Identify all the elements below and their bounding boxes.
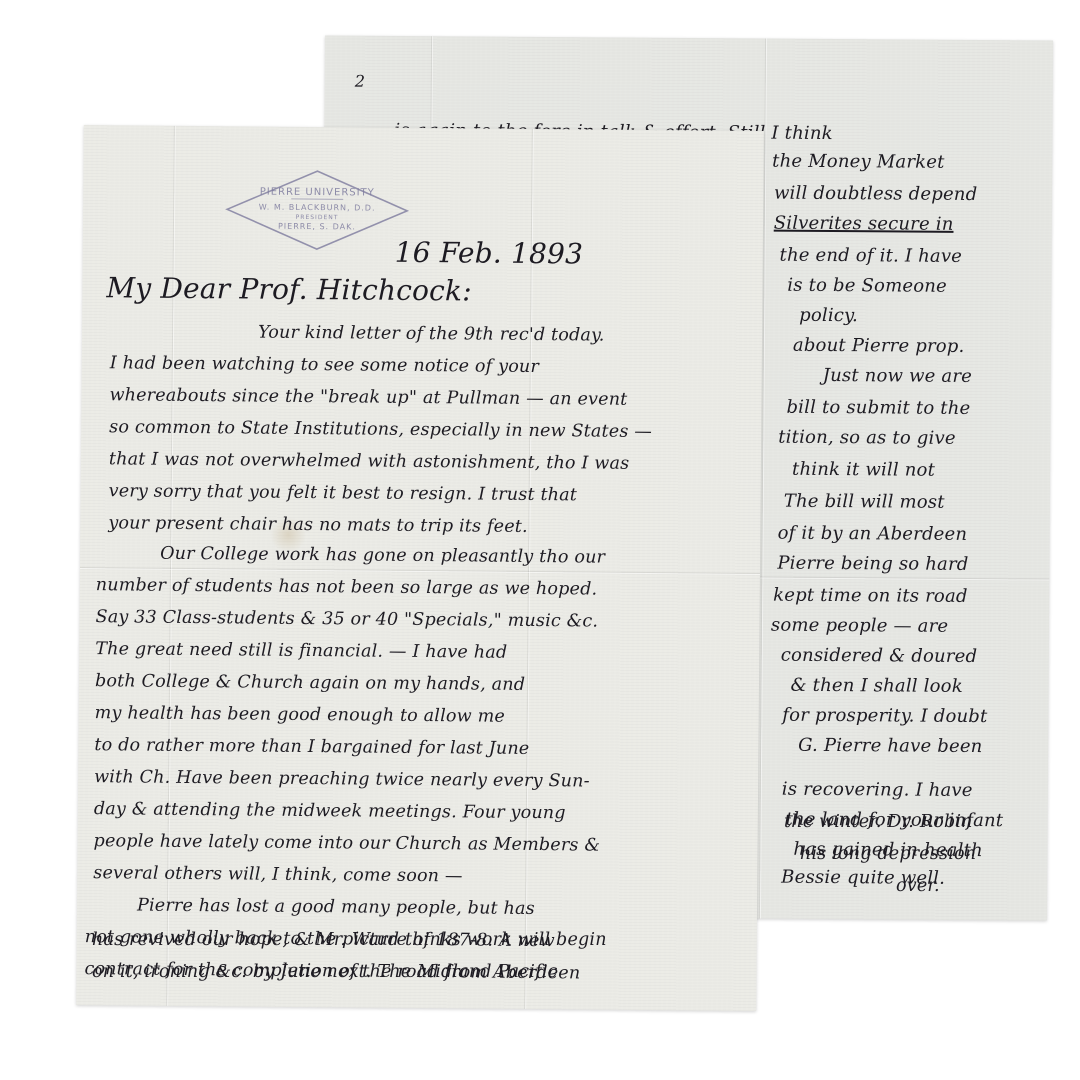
letter-date: 16 Feb. 1893 <box>395 236 584 271</box>
stamp-line-1: PIERRE UNIVERSITY <box>221 186 413 199</box>
handwritten-line: has revived our hope, & Mr. Ward thinks … <box>92 930 607 950</box>
handwritten-line: is recovering. I have <box>782 779 973 801</box>
handwritten-line: will doubtless depend <box>774 183 978 205</box>
handwritten-line: that I was not overwhelmed with astonish… <box>109 449 630 474</box>
handwritten-line: over. <box>896 876 940 896</box>
handwritten-line: Pierre being so hard <box>777 553 968 575</box>
handwritten-line: for prosperity. I doubt <box>782 705 987 727</box>
handwritten-line: some people — are <box>771 615 948 637</box>
handwritten-line: kept time on its road <box>773 585 968 607</box>
handwritten-line: Pierre has lost a good many people, but … <box>137 896 535 919</box>
handwritten-line: your present chair has no mats to trip i… <box>108 513 528 537</box>
university-stamp: PIERRE UNIVERSITY W. M. BLACKBURN, D.D. … <box>221 166 414 254</box>
handwritten-line: tition, so as to give <box>778 427 956 449</box>
stamp-line-4: PIERRE, S. DAK. <box>221 221 413 232</box>
handwritten-line: I had been watching to see some notice o… <box>110 353 539 377</box>
handwritten-line: policy. <box>799 305 858 326</box>
handwritten-line: my health has been good enough to allow … <box>95 703 505 727</box>
handwritten-line: & then I shall look <box>790 675 962 697</box>
handwritten-line: very sorry that you felt it best to resi… <box>109 481 578 505</box>
handwritten-line: so common to State Institutions, especia… <box>109 417 652 442</box>
handwritten-line: is to be Someone <box>787 275 947 297</box>
handwritten-line: several others will, I think, come soon … <box>93 863 463 886</box>
handwritten-line: considered & doured <box>781 645 978 667</box>
handwritten-line: Just now we are <box>823 365 972 387</box>
handwritten-line: The great need still is financial. — I h… <box>95 639 507 663</box>
handwritten-line: his long depression <box>800 844 976 864</box>
handwritten-line: to do rather more than I bargained for l… <box>94 735 529 759</box>
letter-page-1: PIERRE UNIVERSITY W. M. BLACKBURN, D.D. … <box>76 125 764 1011</box>
handwritten-line: number of students has not been so large… <box>96 575 598 599</box>
stamp-line-2: W. M. BLACKBURN, D.D. <box>221 202 413 213</box>
handwritten-line: Say 33 Class-students & 35 or 40 "Specia… <box>95 607 598 631</box>
handwritten-line: The bill will most <box>784 491 945 513</box>
handwritten-line: people have lately come into our Church … <box>94 831 601 855</box>
handwritten-line: Silverites secure in <box>774 213 954 235</box>
handwritten-line: day & attending the midweek meetings. Fo… <box>94 799 566 823</box>
handwritten-line: think it will not <box>792 459 935 481</box>
handwritten-line: about Pierre prop. <box>793 335 965 357</box>
handwritten-line: Our College work has gone on pleasantly … <box>160 544 605 568</box>
handwritten-line: the winter. Dr. Robin <box>784 812 973 832</box>
handwritten-line: bill to submit to the <box>786 397 970 419</box>
handwritten-line: on it, ironing &c. by June next. The Mid… <box>92 962 558 982</box>
handwritten-line: the Money Market <box>772 151 945 173</box>
fold-line <box>80 567 760 574</box>
handwritten-line: of it by an Aberdeen <box>778 523 968 545</box>
handwritten-line: both College & Church again on my hands,… <box>95 671 525 695</box>
handwritten-line: Your kind letter of the 9th rec'd today. <box>258 323 605 346</box>
handwritten-line: whereabouts since the "break up" at Pull… <box>109 385 627 410</box>
handwritten-line: G. Pierre have been <box>798 735 983 757</box>
letter-salutation: My Dear Prof. Hitchcock: <box>106 271 472 307</box>
page-number: 2 <box>355 72 366 91</box>
handwritten-line: the end of it. I have <box>779 245 962 267</box>
